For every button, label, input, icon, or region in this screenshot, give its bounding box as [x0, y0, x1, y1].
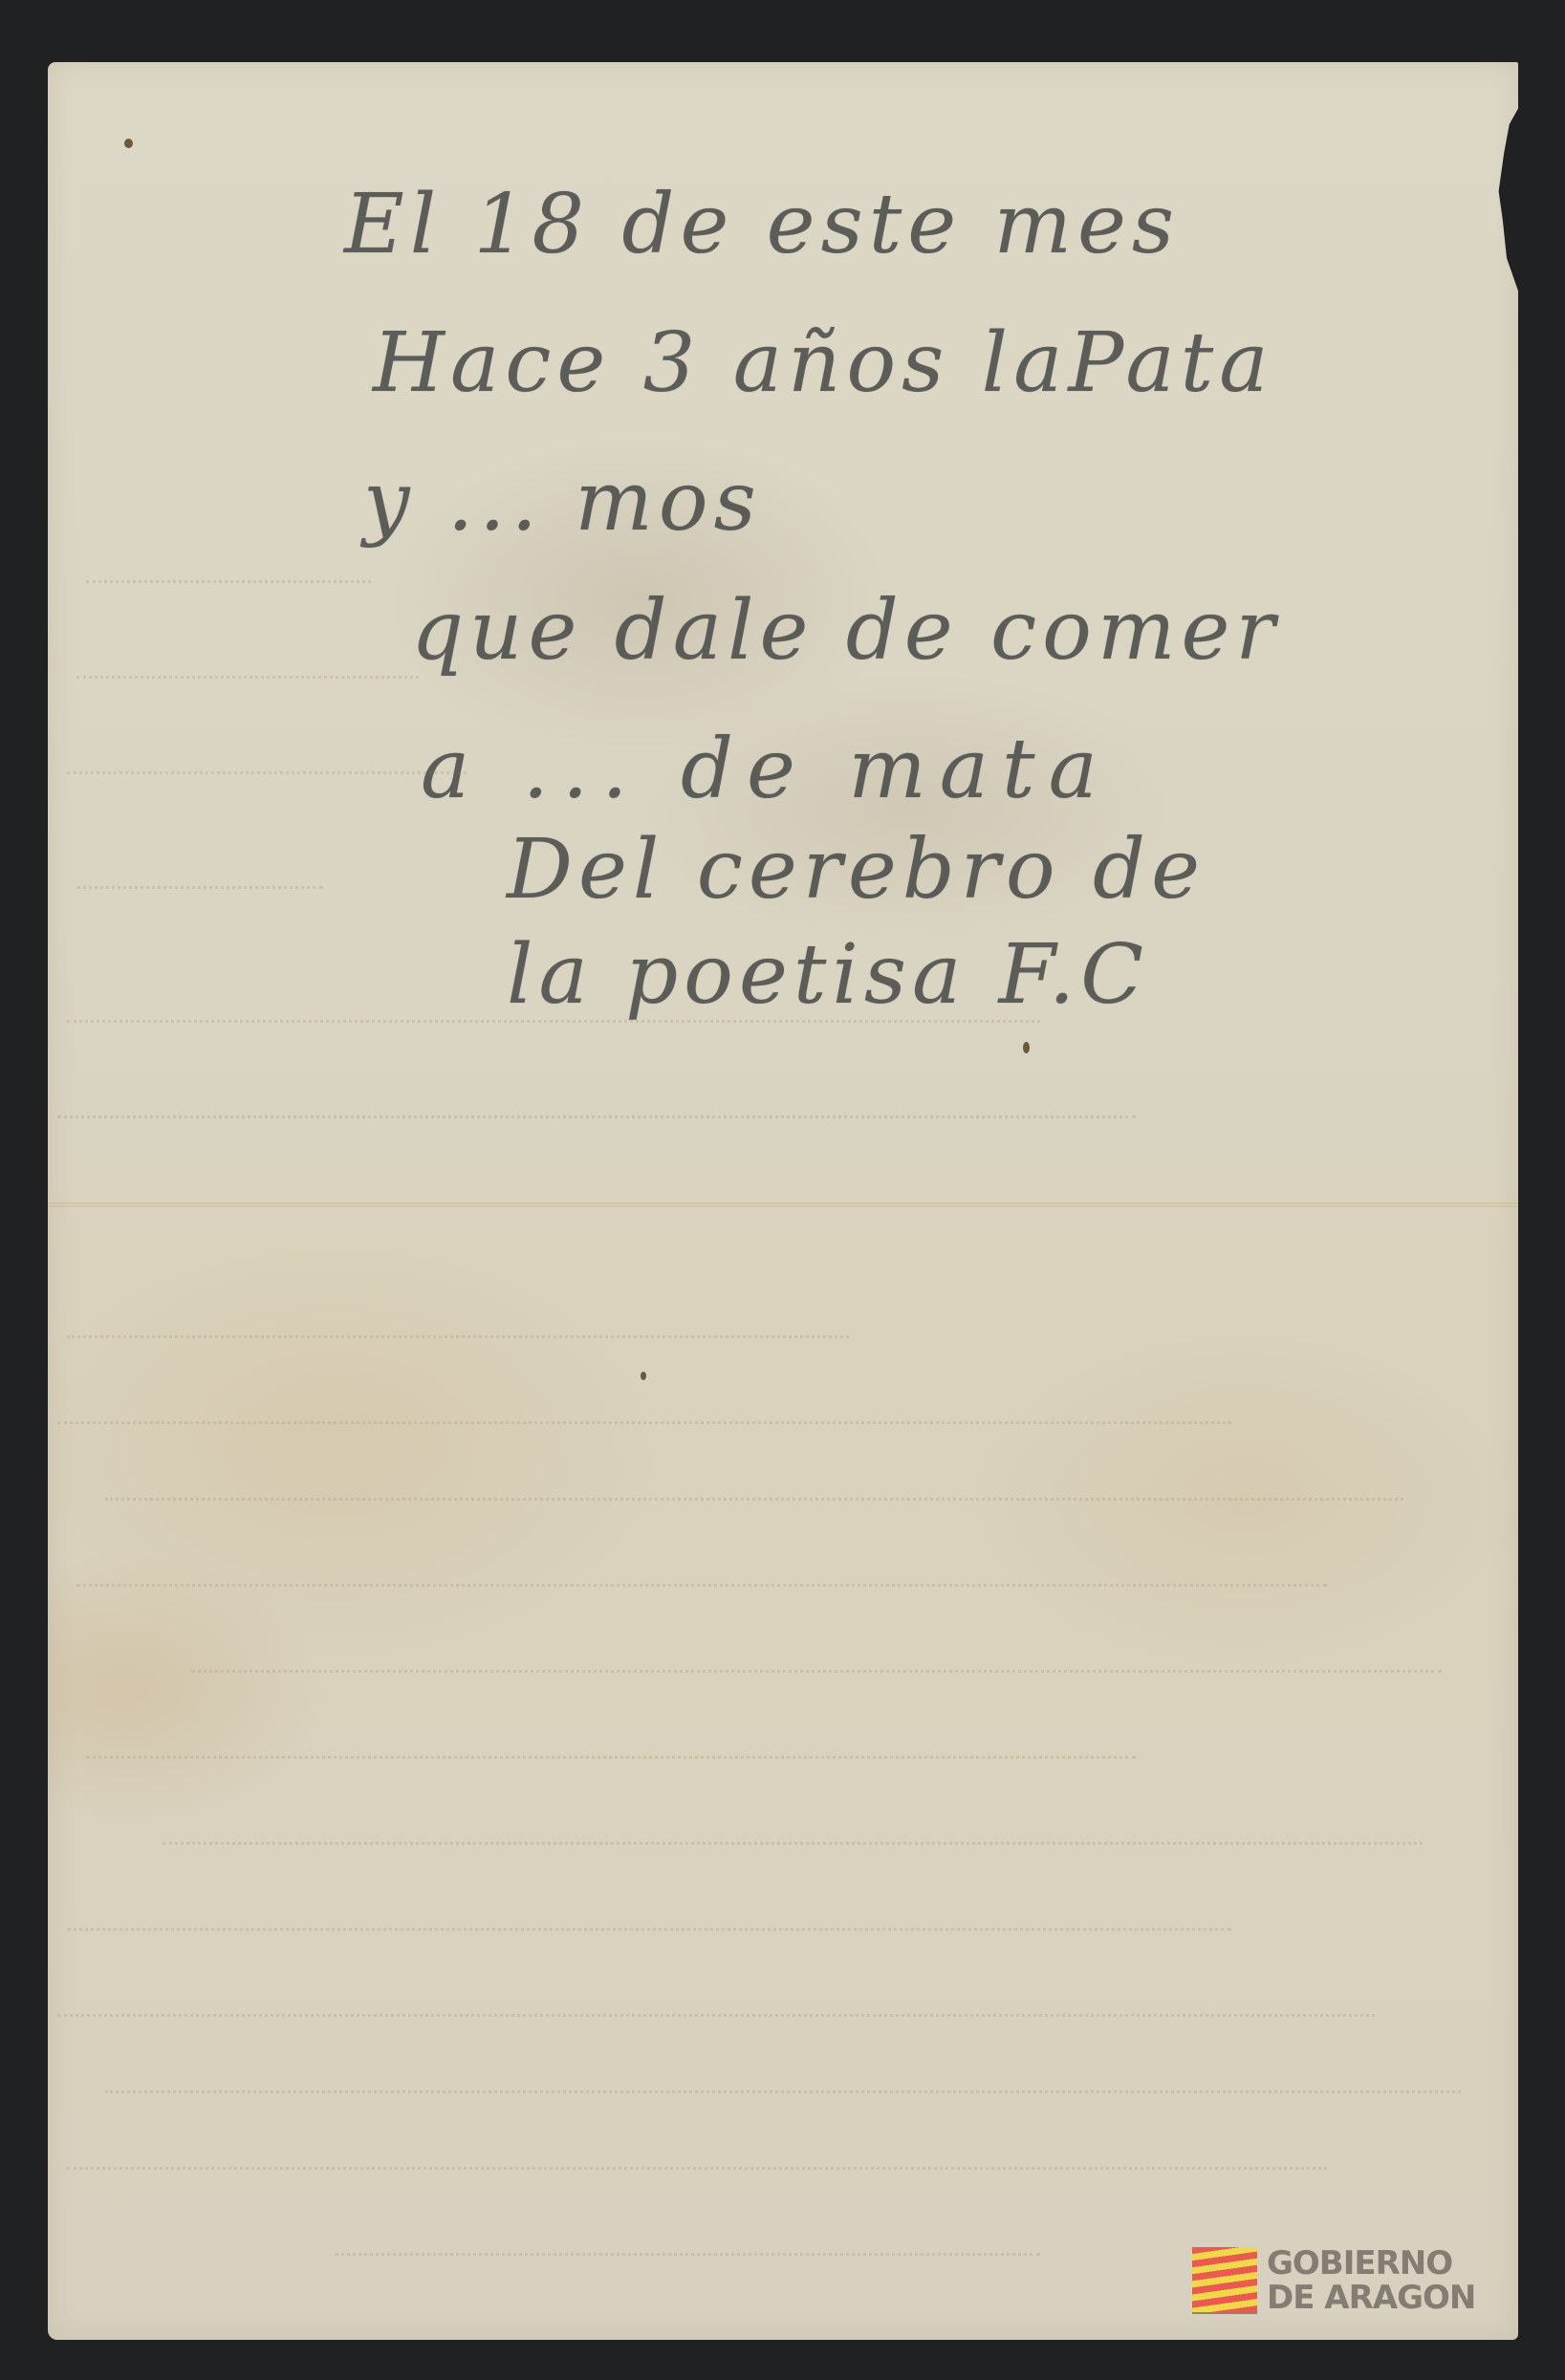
gobierno-de-aragon-logo: GOBIERNO DE ARAGON	[1192, 2246, 1475, 2315]
inscription-line-7: la poetisa F.C	[507, 927, 1149, 1023]
inscription-line-1: El 18 de este mes	[344, 177, 1180, 272]
inscription-line-2: Hace 3 años laPata	[373, 315, 1274, 411]
logo-line-2: DE ARAGON	[1267, 2281, 1475, 2315]
paper-spot	[1023, 1042, 1030, 1053]
paper-spot	[641, 1372, 646, 1380]
logo-text: GOBIERNO DE ARAGON	[1267, 2246, 1475, 2315]
inscription-line-5: a ... de mata	[421, 722, 1111, 817]
inscription-line-6: Del cerebro de	[507, 822, 1206, 918]
paper-spot	[124, 139, 133, 148]
document-page: El 18 de este mes Hace 3 años laPata y .…	[48, 62, 1518, 2340]
inscription-line-4: que dale de comer	[411, 583, 1281, 679]
inscription-line-3: y ... mos	[363, 454, 762, 550]
logo-line-1: GOBIERNO	[1267, 2246, 1475, 2281]
aragon-flag-icon	[1192, 2247, 1257, 2314]
pencil-inscription: El 18 de este mes Hace 3 años laPata y .…	[48, 62, 1518, 2340]
fold-crease	[48, 1202, 1518, 1207]
